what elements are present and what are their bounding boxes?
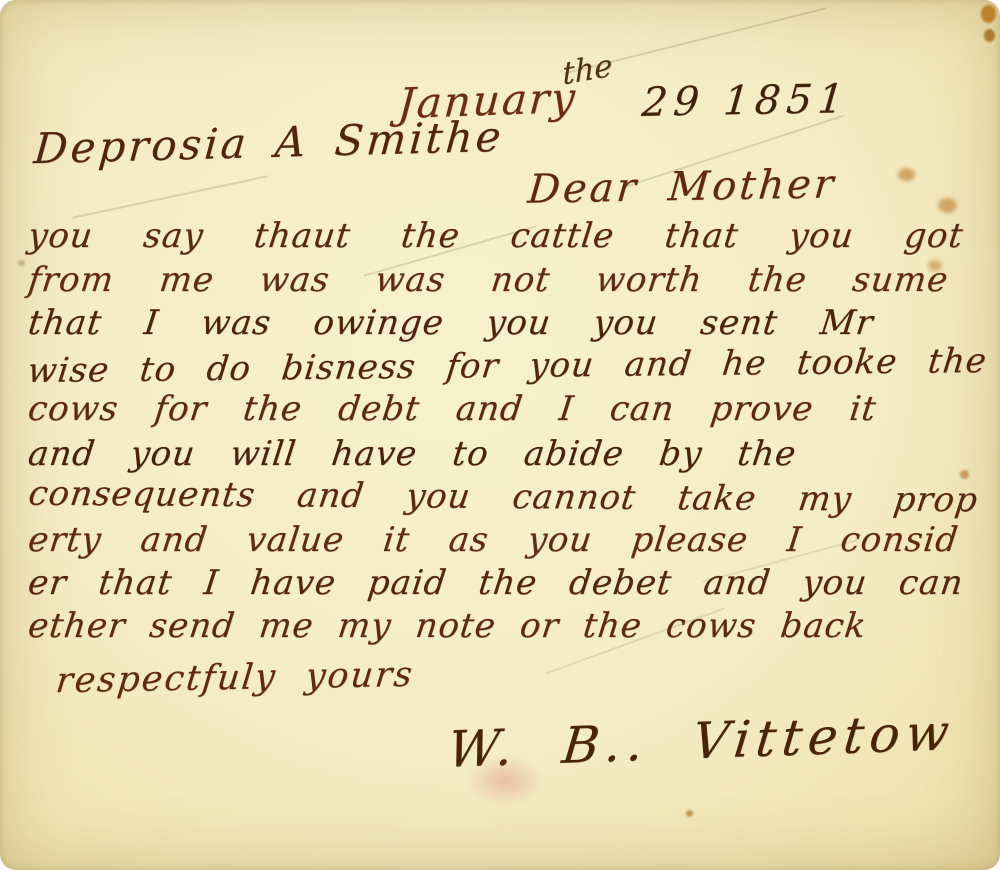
body-line: consequents and you cannot take my prop	[25, 474, 980, 527]
body-line: erty and value it as you please I consid	[25, 520, 961, 566]
scanned-letter-page: January the 29 1851 Deprosia A Smithe De…	[0, 0, 1000, 870]
body-line: from me was was not worth the sume	[25, 260, 951, 306]
body-line: you say thaut the cattle that you got	[25, 216, 966, 262]
closing-line: respectfuly yours	[54, 655, 416, 701]
salutation: Dear Mother	[526, 161, 838, 212]
body-line: cows for the debt and I can prove it	[25, 389, 879, 435]
body-line: ether send me my note or the cows back	[25, 606, 869, 652]
date-day-year: 29 1851	[640, 76, 851, 126]
body-line: er that I have paid the debet and you ca…	[25, 563, 966, 609]
body-line: that I was owinge you you sent Mr	[25, 303, 876, 349]
body-line: and you will have to abide by the	[25, 434, 799, 480]
